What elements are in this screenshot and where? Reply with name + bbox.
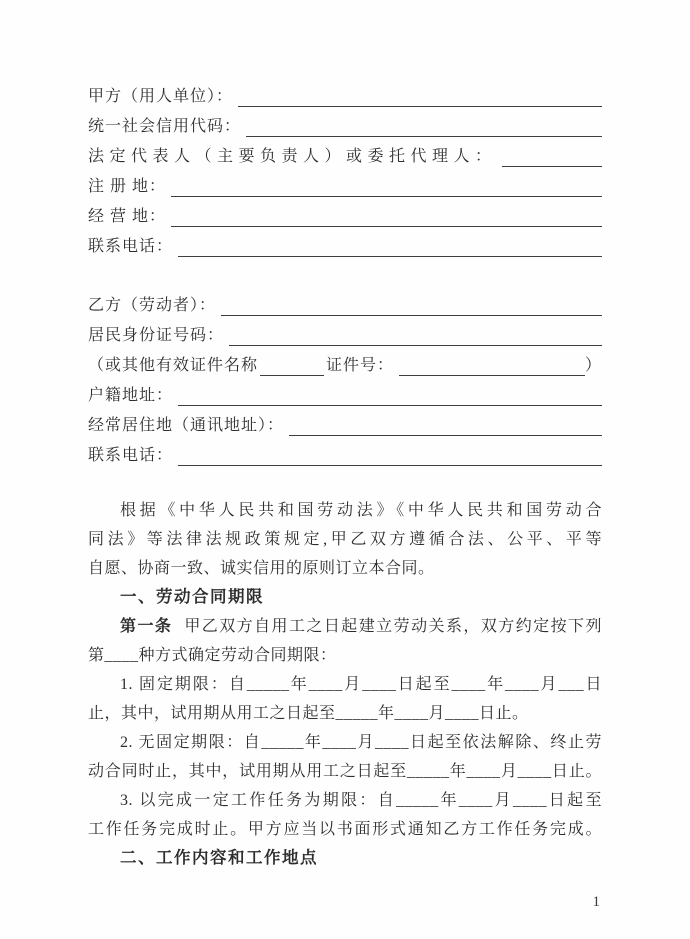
form-row-employer: 甲方（用人单位）： bbox=[88, 82, 602, 112]
contract-body: 根据《中华人民共和国劳动法》《中华人民共和国劳动合 同法》等法律法规政策规定,甲… bbox=[88, 496, 602, 873]
field-label-residence-address: 经常居住地（通讯地址）： bbox=[88, 411, 284, 441]
intro-line: 同法》等法律法规政策规定,甲乙双方遵循合法、公平、平等 bbox=[88, 525, 602, 554]
blank-line-employer bbox=[238, 82, 602, 107]
blank-line-worker bbox=[221, 291, 602, 316]
field-label-other-cert-name: （或其他有效证件名称 bbox=[88, 351, 258, 381]
blank-line-id-number bbox=[229, 321, 602, 346]
blank-line-legal-rep bbox=[502, 142, 602, 167]
form-row-phone-a: 联系电话： bbox=[88, 232, 602, 262]
field-label-registered-address: 注 册 地： bbox=[88, 172, 166, 202]
intro-line: 自愿、协商一致、诚实信用的原则订立本合同。 bbox=[88, 554, 602, 583]
intro-line: 根据《中华人民共和国劳动法》《中华人民共和国劳动合 bbox=[88, 496, 602, 525]
form-row-legal-rep: 法定代表人（主要负责人）或委托代理人： bbox=[88, 142, 602, 172]
term-option-1-line: 止，其中，试用期从用工之日起至_____年____月____日止。 bbox=[88, 699, 602, 728]
field-label-id-number: 居民身份证号码： bbox=[88, 321, 224, 351]
term-option-3-line: 3. 以完成一定工作任务为期限：自_____年____月____日起至 bbox=[88, 786, 602, 815]
form-row-credit-code: 统一社会信用代码： bbox=[88, 112, 602, 142]
term-option-2-line: 2. 无固定期限：自_____年____月____日起至依法解除、终止劳 bbox=[88, 728, 602, 757]
field-label-phone-b: 联系电话： bbox=[88, 441, 173, 471]
page-number: 1 bbox=[593, 894, 601, 911]
term-option-1-line: 1. 固定期限：自_____年____月____日起至____年____月___… bbox=[88, 670, 602, 699]
form-row-business-address: 经 营 地： bbox=[88, 202, 602, 232]
form-row-household-address: 户籍地址： bbox=[88, 381, 602, 411]
form-row-other-cert: （或其他有效证件名称 证件号： ） bbox=[88, 351, 602, 381]
blank-line-credit-code bbox=[246, 112, 602, 137]
clause-1-line: 第一条甲乙双方自用工之日起建立劳动关系，双方约定按下列 bbox=[88, 612, 602, 641]
field-label-cert-close-paren: ） bbox=[585, 351, 602, 381]
blank-line-cert-name bbox=[260, 351, 324, 376]
block-spacer bbox=[88, 471, 602, 496]
section-heading-term: 一、劳动合同期限 bbox=[88, 583, 602, 612]
contract-page: 甲方（用人单位）： 统一社会信用代码： 法定代表人（主要负责人）或委托代理人： … bbox=[0, 0, 690, 939]
block-spacer bbox=[88, 262, 602, 291]
term-option-2-line: 动合同时止，其中，试用期从用工之日起至_____年____月____日止。 bbox=[88, 757, 602, 786]
field-label-cert-number: 证件号： bbox=[326, 351, 394, 381]
field-label-legal-rep: 法定代表人（主要负责人）或委托代理人： bbox=[88, 142, 497, 172]
blank-line-registered-address bbox=[171, 172, 602, 197]
party-b-block: 乙方（劳动者）： 居民身份证号码： （或其他有效证件名称 证件号： ） 户籍地址… bbox=[88, 291, 602, 471]
section-heading-work: 二、工作内容和工作地点 bbox=[88, 844, 602, 873]
form-row-worker: 乙方（劳动者）： bbox=[88, 291, 602, 321]
blank-line-phone-b bbox=[178, 441, 602, 466]
form-row-id-number: 居民身份证号码： bbox=[88, 321, 602, 351]
field-label-household-address: 户籍地址： bbox=[88, 381, 173, 411]
blank-line-cert-number bbox=[399, 351, 585, 376]
term-option-3-line: 工作任务完成时止。甲方应当以书面形式通知乙方工作任务完成。 bbox=[88, 815, 602, 844]
blank-line-phone-a bbox=[178, 232, 602, 257]
field-label-employer: 甲方（用人单位）： bbox=[88, 82, 233, 112]
form-row-residence-address: 经常居住地（通讯地址）： bbox=[88, 411, 602, 441]
field-label-phone-a: 联系电话： bbox=[88, 232, 173, 262]
field-label-worker: 乙方（劳动者）： bbox=[88, 291, 216, 321]
clause-1-line: 第____种方式确定劳动合同期限： bbox=[88, 641, 602, 670]
blank-line-household-address bbox=[178, 381, 602, 406]
form-row-registered-address: 注 册 地： bbox=[88, 172, 602, 202]
blank-line-residence-address bbox=[289, 411, 602, 436]
field-label-business-address: 经 营 地： bbox=[88, 202, 166, 232]
field-label-credit-code: 统一社会信用代码： bbox=[88, 112, 241, 142]
blank-line-business-address bbox=[171, 202, 602, 227]
clause-1-label: 第一条 bbox=[120, 618, 172, 635]
clause-1-text: 甲乙双方自用工之日起建立劳动关系，双方约定按下列 bbox=[184, 618, 602, 635]
party-a-block: 甲方（用人单位）： 统一社会信用代码： 法定代表人（主要负责人）或委托代理人： … bbox=[88, 82, 602, 262]
form-row-phone-b: 联系电话： bbox=[88, 441, 602, 471]
